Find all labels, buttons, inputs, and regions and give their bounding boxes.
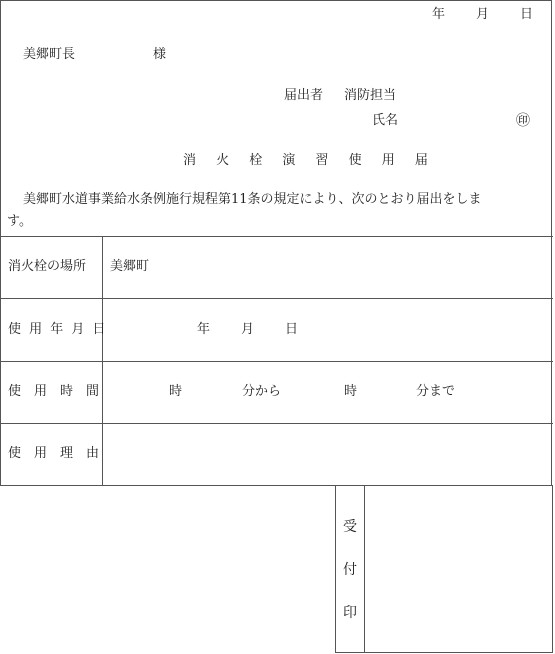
- stamp-area[interactable]: [366, 488, 551, 651]
- stamp-box-divider: [364, 486, 365, 653]
- use-date-label: 使 用 年 月 日: [8, 323, 108, 336]
- use-date-year[interactable]: 年: [197, 323, 210, 336]
- use-reason-field[interactable]: [104, 425, 552, 484]
- stamp-char-attach: 付: [343, 563, 357, 577]
- form-frame: [0, 0, 552, 485]
- body-text-line2: す。: [7, 215, 32, 228]
- end-hour[interactable]: 時: [344, 385, 357, 398]
- table-row-divider: [0, 298, 553, 299]
- honorific: 様: [153, 48, 166, 61]
- table-row-divider: [0, 423, 553, 424]
- stamp-char-receipt: 受: [343, 520, 357, 534]
- submitter-value: 消防担当: [344, 89, 396, 102]
- submitter-label: 届出者: [284, 89, 323, 102]
- end-minute[interactable]: 分まで: [416, 385, 455, 398]
- addressee: 美郷町長: [23, 48, 75, 61]
- table-top-border: [0, 236, 553, 237]
- date-month-label: 月: [476, 8, 489, 21]
- use-date-day[interactable]: 日: [285, 323, 298, 336]
- table-column-divider: [102, 236, 103, 486]
- date-year-label: 年: [432, 8, 445, 21]
- use-date-month[interactable]: 月: [241, 323, 254, 336]
- start-minute[interactable]: 分から: [242, 385, 281, 398]
- form-title: 消 火 栓 演 習 使 用 届: [183, 154, 436, 167]
- stamp-box-left-border: [335, 486, 336, 653]
- use-time-label: 使 用 時 間: [8, 385, 99, 398]
- location-label: 消火栓の場所: [8, 260, 86, 273]
- seal-icon: ㊞: [516, 114, 530, 128]
- stamp-box-bottom-border: [335, 652, 553, 653]
- date-day-label: 日: [520, 8, 533, 21]
- location-value[interactable]: 美郷町: [110, 260, 149, 273]
- table-bottom-border: [0, 485, 553, 486]
- body-text-line1: 美郷町水道事業給水条例施行規程第11条の規定により、次のとおり届出をしま: [23, 193, 482, 206]
- stamp-char-seal: 印: [343, 606, 357, 620]
- table-row-divider: [0, 361, 553, 362]
- use-reason-label: 使 用 理 由: [8, 447, 99, 460]
- stamp-box-right-border: [552, 486, 553, 653]
- name-label: 氏名: [372, 114, 398, 127]
- start-hour[interactable]: 時: [169, 385, 182, 398]
